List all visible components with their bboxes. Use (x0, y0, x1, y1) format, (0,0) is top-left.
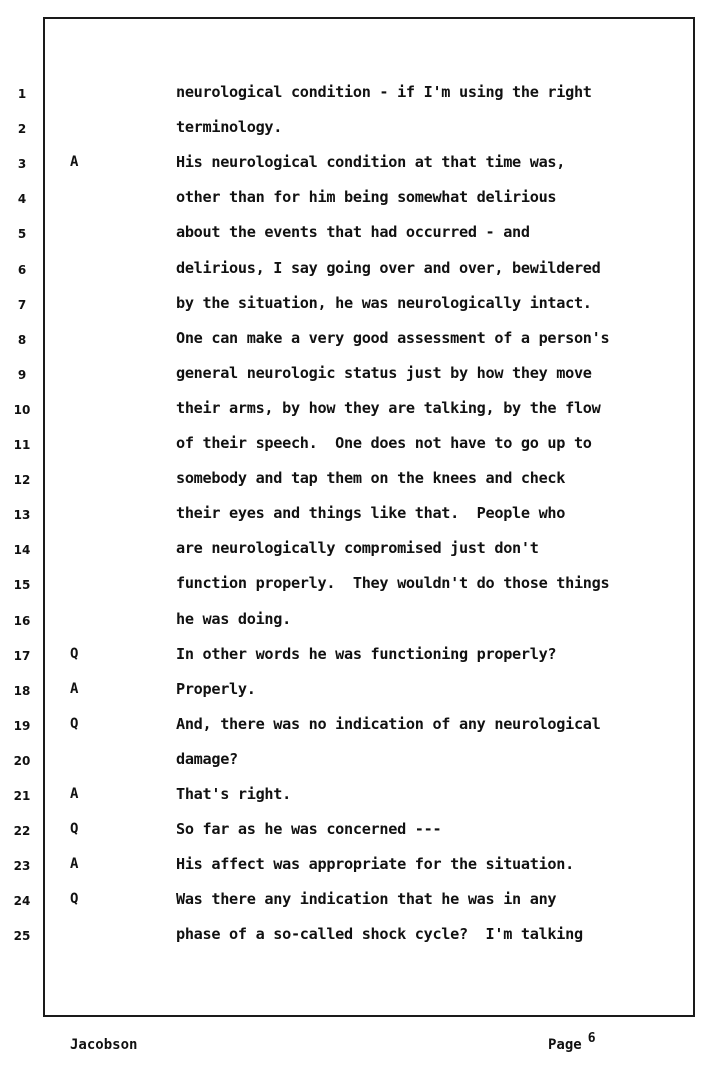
footer-page-indicator: Page6 (548, 1037, 596, 1053)
transcript-line: 7by the situation, he was neurologically… (0, 291, 720, 326)
transcript-line: 25phase of a so-called shock cycle? I'm … (0, 922, 720, 957)
line-number: 12 (8, 473, 36, 487)
line-text: delirious, I say going over and over, be… (176, 259, 601, 277)
transcript-line: 10their arms, by how they are talking, b… (0, 396, 720, 431)
transcript-line: 19QAnd, there was no indication of any n… (0, 712, 720, 747)
transcript-line: 9general neurologic status just by how t… (0, 361, 720, 396)
transcript-line: 14are neurologically compromised just do… (0, 536, 720, 571)
line-text: other than for him being somewhat deliri… (176, 188, 556, 206)
line-number: 11 (8, 438, 36, 452)
transcript-line: 15function properly. They wouldn't do th… (0, 571, 720, 606)
line-text: about the events that had occurred - and (176, 223, 530, 241)
line-number: 16 (8, 614, 36, 628)
transcript-line: 11of their speech. One does not have to … (0, 431, 720, 466)
line-text: their arms, by how they are talking, by … (176, 399, 601, 417)
line-text: His neurological condition at that time … (176, 153, 565, 171)
transcript-line: 20damage? (0, 747, 720, 782)
line-number: 24 (8, 894, 36, 908)
transcript-line: 5about the events that had occurred - an… (0, 220, 720, 255)
line-number: 10 (8, 403, 36, 417)
line-text: general neurologic status just by how th… (176, 364, 592, 382)
line-text: function properly. They wouldn't do thos… (176, 574, 609, 592)
line-text: And, there was no indication of any neur… (176, 715, 601, 733)
transcript-line: 23AHis affect was appropriate for the si… (0, 852, 720, 887)
line-number: 8 (8, 333, 36, 347)
line-text: terminology. (176, 118, 282, 136)
line-text: That's right. (176, 785, 291, 803)
line-text: His affect was appropriate for the situa… (176, 855, 574, 873)
line-number: 14 (8, 543, 36, 557)
transcript-line: 4other than for him being somewhat delir… (0, 185, 720, 220)
line-number: 22 (8, 824, 36, 838)
line-number: 7 (8, 298, 36, 312)
speaker-label: Q (70, 716, 78, 732)
transcript-line: 22QSo far as he was concerned --- (0, 817, 720, 852)
speaker-label: A (70, 681, 78, 697)
line-number: 13 (8, 508, 36, 522)
transcript-line: 1neurological condition - if I'm using t… (0, 80, 720, 115)
line-number: 21 (8, 789, 36, 803)
transcript-line: 2terminology. (0, 115, 720, 150)
transcript-line: 21AThat's right. (0, 782, 720, 817)
line-number: 20 (8, 754, 36, 768)
transcript-line: 3AHis neurological condition at that tim… (0, 150, 720, 185)
line-number: 1 (8, 87, 36, 101)
line-text: of their speech. One does not have to go… (176, 434, 592, 452)
speaker-label: Q (70, 646, 78, 662)
line-text: Properly. (176, 680, 256, 698)
footer-witness-name: Jacobson (70, 1037, 137, 1053)
line-text: So far as he was concerned --- (176, 820, 441, 838)
line-text: damage? (176, 750, 238, 768)
line-text: by the situation, he was neurologically … (176, 294, 592, 312)
speaker-label: A (70, 154, 78, 170)
line-number: 6 (8, 263, 36, 277)
transcript-page: 1neurological condition - if I'm using t… (0, 0, 720, 1071)
line-number: 23 (8, 859, 36, 873)
line-number: 4 (8, 192, 36, 206)
line-text: In other words he was functioning proper… (176, 645, 556, 663)
transcript-line: 17QIn other words he was functioning pro… (0, 642, 720, 677)
speaker-label: A (70, 856, 78, 872)
line-text: Was there any indication that he was in … (176, 890, 556, 908)
line-number: 5 (8, 227, 36, 241)
speaker-label: Q (70, 821, 78, 837)
speaker-label: Q (70, 891, 78, 907)
page-label: Page (548, 1037, 582, 1053)
line-number: 17 (8, 649, 36, 663)
line-text: neurological condition - if I'm using th… (176, 83, 592, 101)
line-text: somebody and tap them on the knees and c… (176, 469, 565, 487)
line-text: he was doing. (176, 610, 291, 628)
transcript-line: 18AProperly. (0, 677, 720, 712)
line-text: are neurologically compromised just don'… (176, 539, 539, 557)
line-number: 9 (8, 368, 36, 382)
line-text: their eyes and things like that. People … (176, 504, 565, 522)
speaker-label: A (70, 786, 78, 802)
line-text: phase of a so-called shock cycle? I'm ta… (176, 925, 583, 943)
line-text: One can make a very good assessment of a… (176, 329, 609, 347)
line-number: 2 (8, 122, 36, 136)
page-number: 6 (588, 1031, 596, 1046)
transcript-line: 13their eyes and things like that. Peopl… (0, 501, 720, 536)
line-number: 19 (8, 719, 36, 733)
transcript-line: 12somebody and tap them on the knees and… (0, 466, 720, 501)
transcript-line: 16he was doing. (0, 607, 720, 642)
line-number: 18 (8, 684, 36, 698)
line-number: 3 (8, 157, 36, 171)
transcript-line: 8One can make a very good assessment of … (0, 326, 720, 361)
line-number: 25 (8, 929, 36, 943)
transcript-line: 24QWas there any indication that he was … (0, 887, 720, 922)
line-number: 15 (8, 578, 36, 592)
transcript-line: 6delirious, I say going over and over, b… (0, 256, 720, 291)
